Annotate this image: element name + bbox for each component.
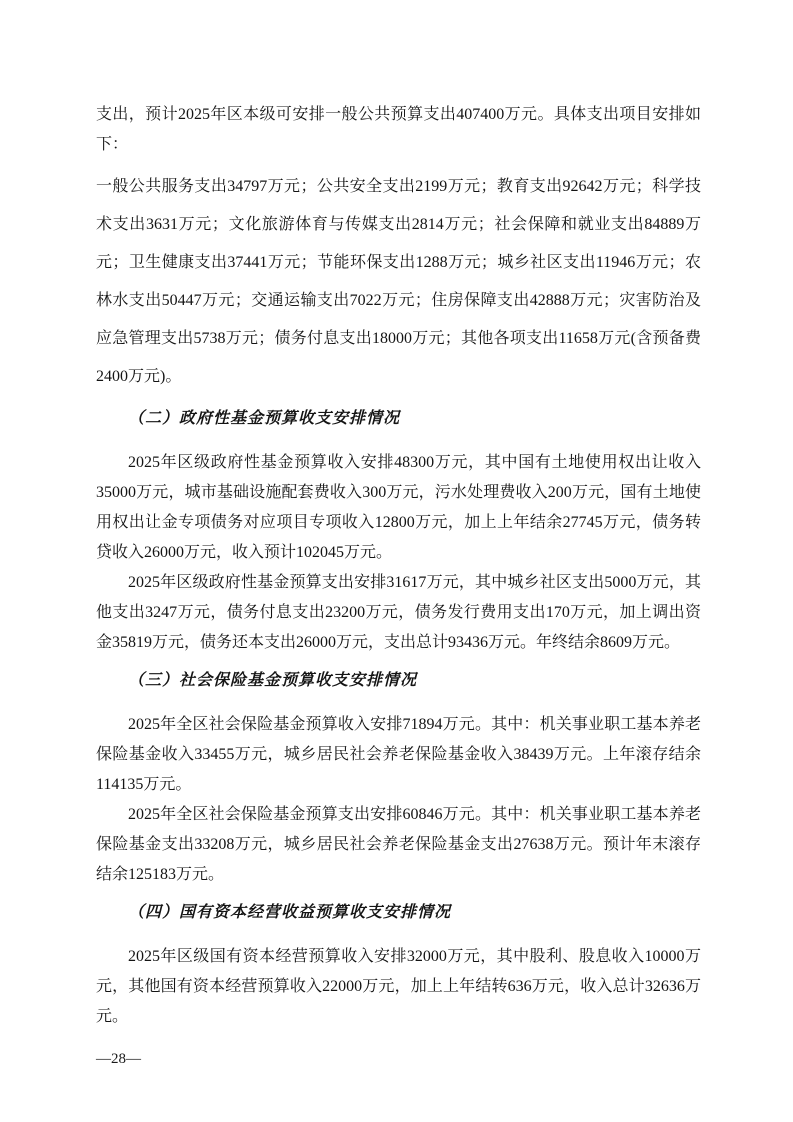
paragraph-government-fund-expenditure: 2025年区级政府性基金预算支出安排31617万元，其中城乡社区支出5000万元…: [96, 568, 701, 658]
paragraph-social-insurance-revenue: 2025年全区社会保险基金预算收入安排71894万元。其中：机关事业职工基本养老…: [96, 710, 701, 800]
section-heading-state-capital-budget: （四）国有资本经营收益预算收支安排情况: [96, 898, 701, 928]
section-heading-social-insurance-fund-budget: （三）社会保险基金预算收支安排情况: [96, 666, 701, 696]
paragraph-state-capital-revenue: 2025年区级国有资本经营预算收入安排32000万元，其中股利、股息收入1000…: [96, 942, 701, 1032]
paragraph-social-insurance-expenditure: 2025年全区社会保险基金预算支出安排60846万元。其中：机关事业职工基本养老…: [96, 800, 701, 890]
paragraph-government-fund-revenue: 2025年区级政府性基金预算收入安排48300万元，其中国有土地使用权出让收入3…: [96, 448, 701, 568]
document-page: 支出，预计2025年区本级可安排一般公共预算支出407400万元。具体支出项目安…: [0, 0, 793, 1122]
page-number: —28—: [96, 1048, 701, 1070]
section-heading-government-fund-budget: （二）政府性基金预算收支安排情况: [96, 404, 701, 434]
paragraph-general-budget-expenditure-total: 支出，预计2025年区本级可安排一般公共预算支出407400万元。具体支出项目安…: [96, 100, 701, 160]
paragraph-expenditure-item-list: 一般公共服务支出34797万元；公共安全支出2199万元；教育支出92642万元…: [96, 168, 701, 396]
